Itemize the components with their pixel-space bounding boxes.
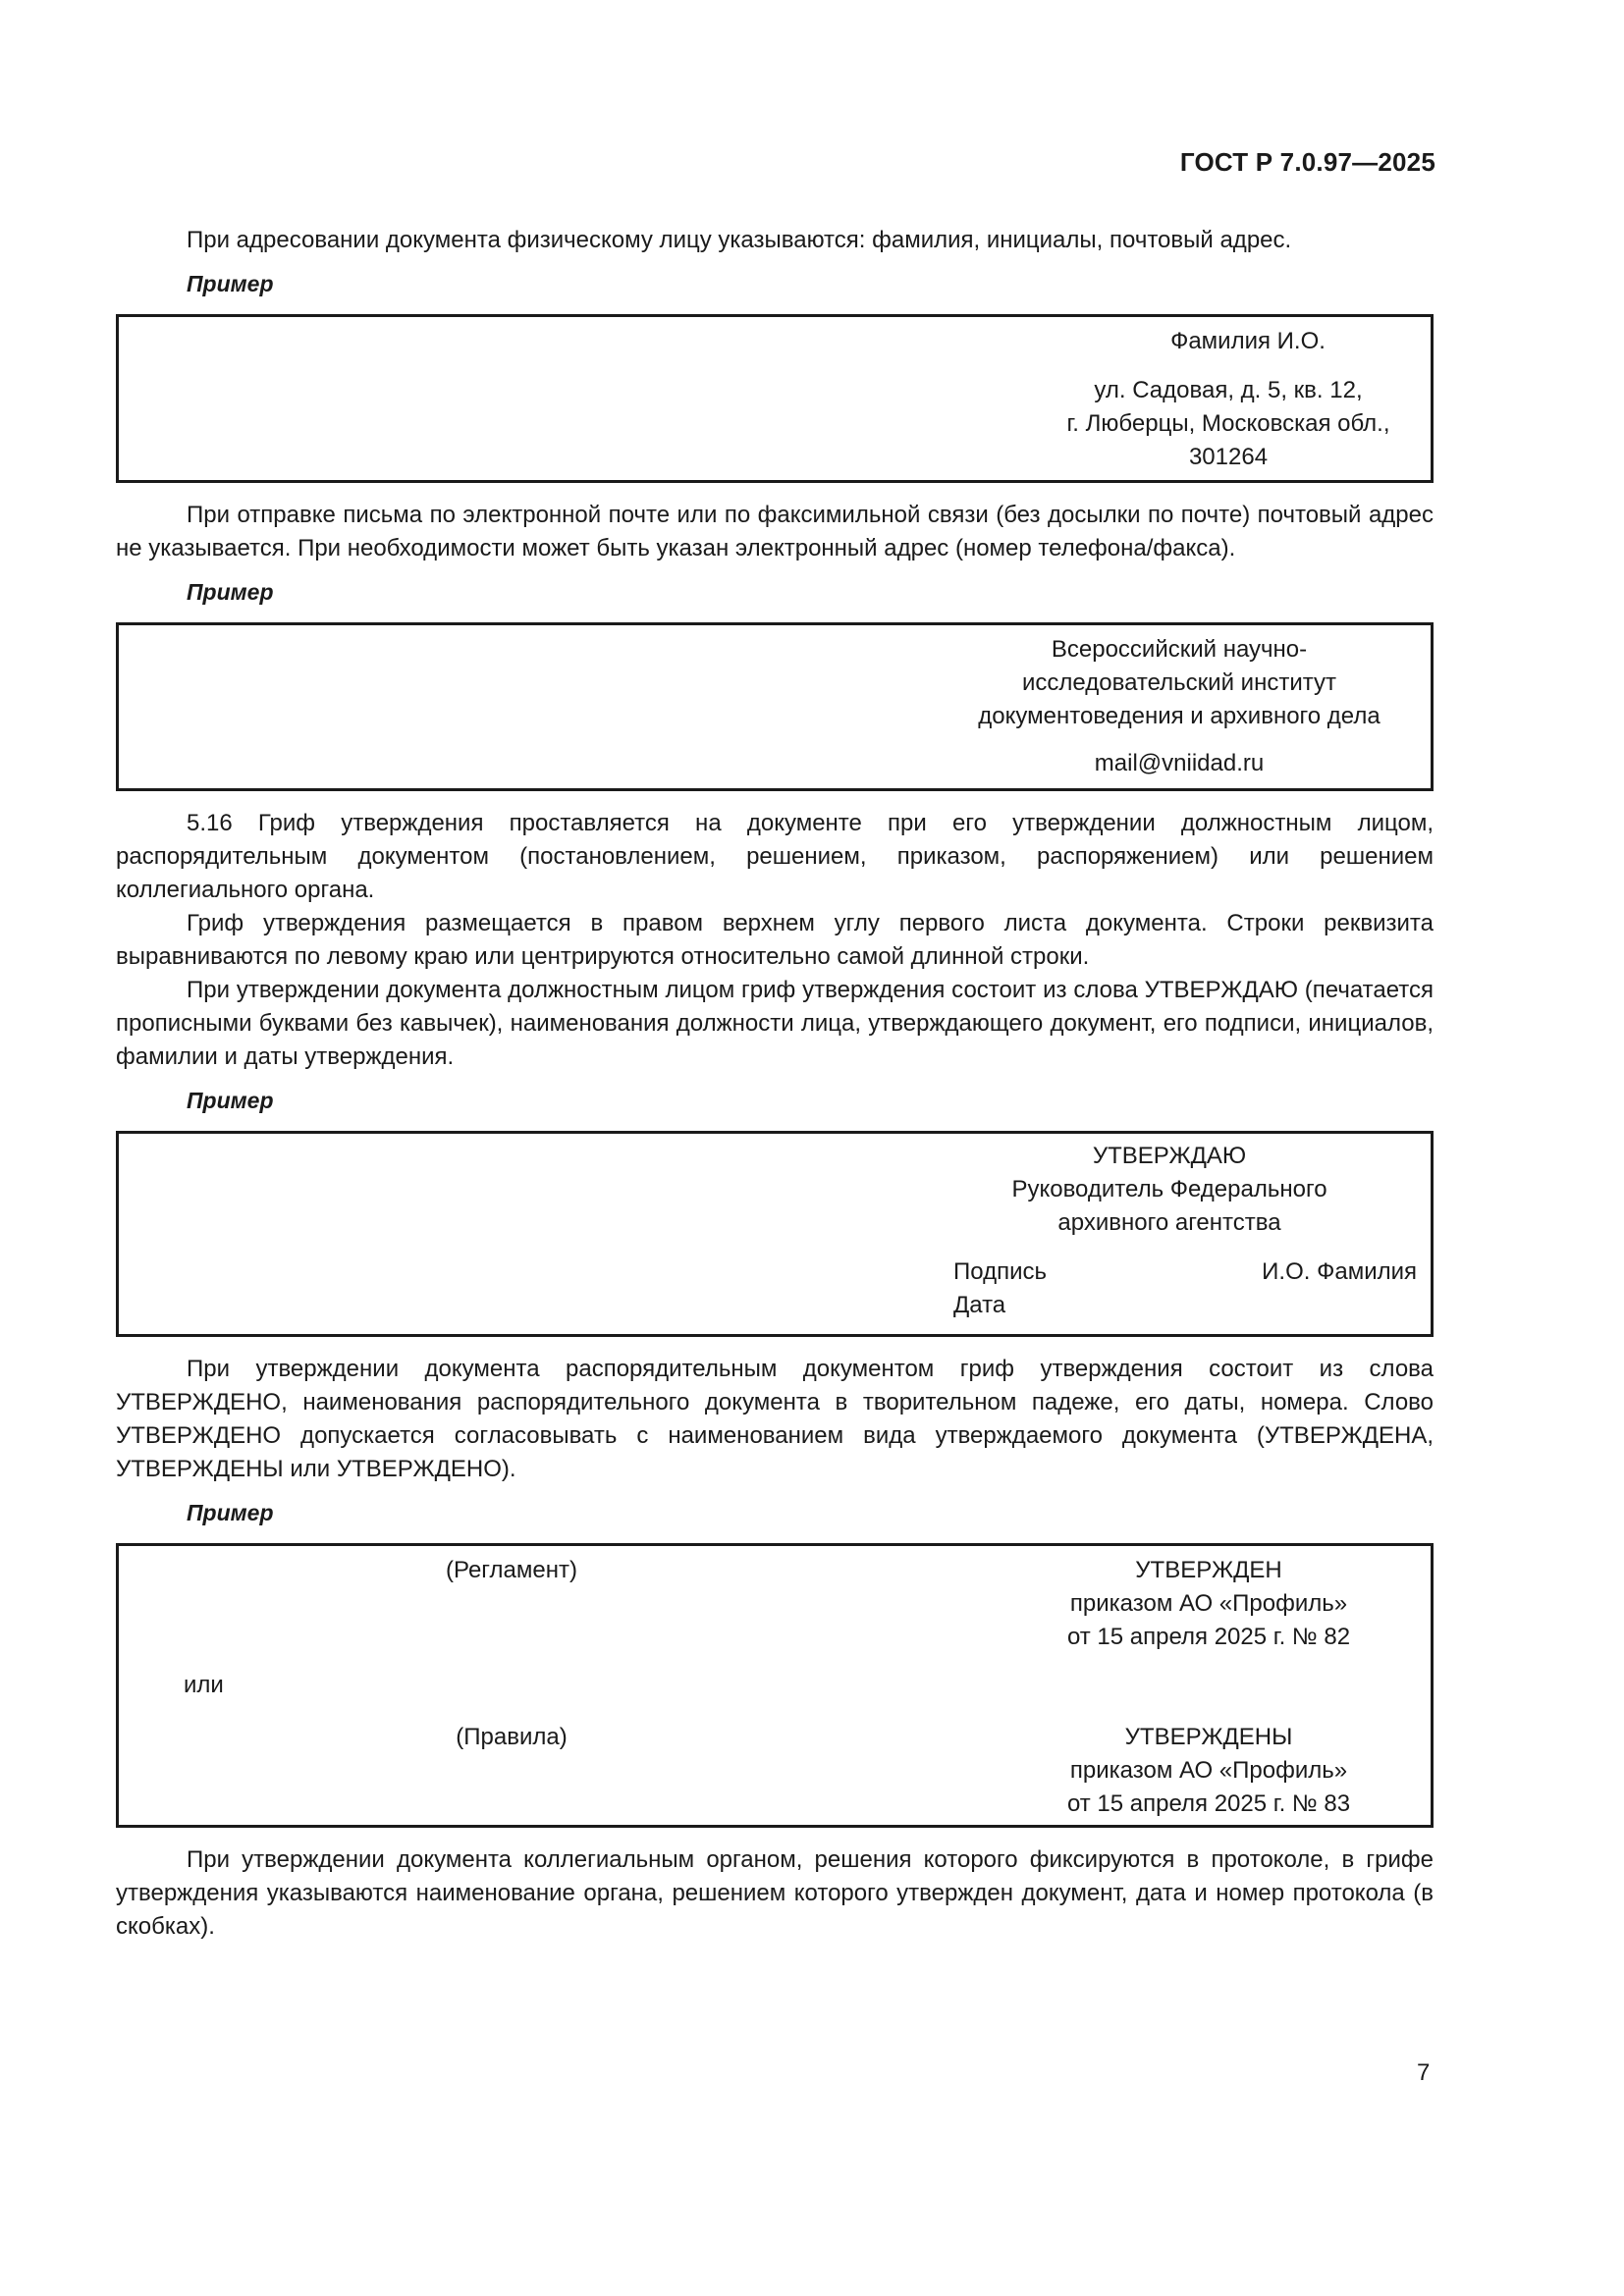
approval-word: УТВЕРЖДАЮ — [963, 1140, 1376, 1173]
document-page: ГОСТ Р 7.0.97—2025 При адресовании докум… — [0, 0, 1624, 2296]
paragraph-email-fax: При отправке письма по электронной почте… — [116, 499, 1434, 565]
position-line: архивного агентства — [963, 1206, 1376, 1240]
paragraph-official-approval: При утверждении документа должностным ли… — [116, 974, 1434, 1074]
address-block: ул. Садовая, д. 5, кв. 12, г. Люберцы, М… — [1022, 374, 1435, 474]
date-label: Дата — [953, 1289, 1005, 1322]
doc2-type: (Правила) — [413, 1721, 610, 1754]
paragraph-individual-addressing: При адресовании документа физическому ли… — [116, 224, 1434, 257]
stamp-line: приказом АО «Профиль» — [1022, 1587, 1395, 1621]
paragraph-collegial-approval: При утверждении документа коллегиальным … — [116, 1843, 1434, 1944]
position-line: Руководитель Федерального — [963, 1173, 1376, 1206]
org-line: исследовательский институт — [934, 667, 1425, 700]
doc1-stamp: УТВЕРЖДЕН приказом АО «Профиль» от 15 ап… — [1022, 1554, 1395, 1654]
stamp-line: приказом АО «Профиль» — [1022, 1754, 1395, 1788]
paragraph-directive-approval: При утверждении документа распорядительн… — [116, 1353, 1434, 1486]
example-box-individual-address: Фамилия И.О. ул. Садовая, д. 5, кв. 12, … — [116, 314, 1434, 483]
approval-stamp-header: УТВЕРЖДАЮ Руководитель Федерального архи… — [963, 1140, 1376, 1240]
organization-name-block: Всероссийский научно- исследовательский … — [934, 633, 1425, 733]
address-line: г. Люберцы, Московская обл., — [1022, 407, 1435, 441]
stamp-line: УТВЕРЖДЕНЫ — [1022, 1721, 1395, 1754]
standard-code-header: ГОСТ Р 7.0.97—2025 — [1180, 147, 1435, 178]
address-line: ул. Садовая, д. 5, кв. 12, — [1022, 374, 1435, 407]
example-box-email-address: Всероссийский научно- исследовательский … — [116, 622, 1434, 791]
example-label: Пример — [187, 1496, 1434, 1529]
signer-name: И.О. Фамилия — [1262, 1255, 1417, 1289]
paragraph-5-16: 5.16 Гриф утверждения проставляется на д… — [116, 807, 1434, 907]
org-line: Всероссийский научно- — [934, 633, 1425, 667]
addressee-name: Фамилия И.О. — [1101, 325, 1395, 358]
doc2-stamp: УТВЕРЖДЕНЫ приказом АО «Профиль» от 15 а… — [1022, 1721, 1395, 1821]
example-label: Пример — [187, 575, 1434, 609]
or-label: или — [184, 1669, 224, 1702]
org-line: документоведения и архивного дела — [934, 700, 1425, 733]
signature-label: Подпись — [953, 1255, 1047, 1289]
example-label: Пример — [187, 267, 1434, 300]
example-box-directive-stamps: (Регламент) УТВЕРЖДЕН приказом АО «Профи… — [116, 1543, 1434, 1828]
page-number: 7 — [1417, 2059, 1430, 2087]
page-content: При адресовании документа физическому ли… — [116, 224, 1434, 1944]
stamp-line: от 15 апреля 2025 г. № 83 — [1022, 1788, 1395, 1821]
email-address: mail@vniidad.ru — [934, 747, 1425, 780]
doc1-type: (Регламент) — [413, 1554, 610, 1587]
example-label: Пример — [187, 1084, 1434, 1117]
stamp-line: от 15 апреля 2025 г. № 82 — [1022, 1621, 1395, 1654]
paragraph-placement: Гриф утверждения размещается в правом ве… — [116, 907, 1434, 974]
stamp-line: УТВЕРЖДЕН — [1022, 1554, 1395, 1587]
example-box-approval-stamp: УТВЕРЖДАЮ Руководитель Федерального архи… — [116, 1131, 1434, 1337]
address-line: 301264 — [1022, 441, 1435, 474]
